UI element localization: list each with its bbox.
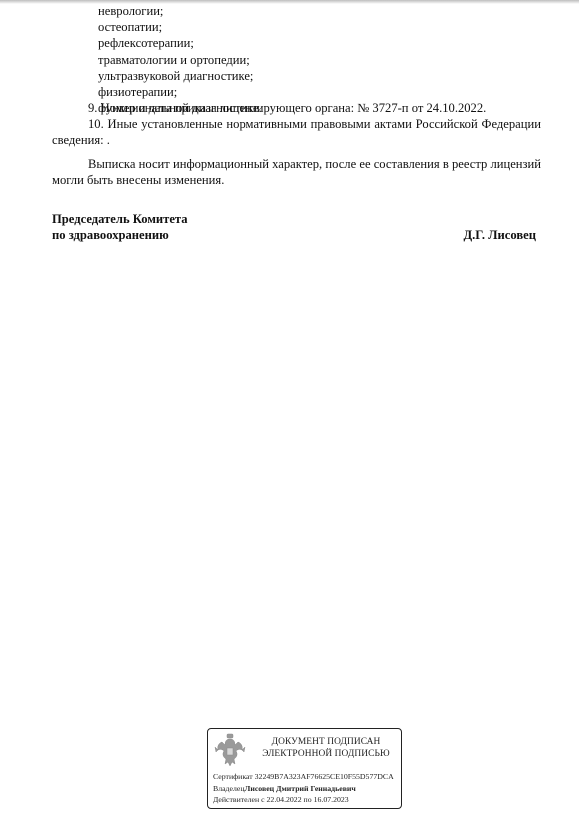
list-item: травматологии и ортопедии; xyxy=(98,52,262,68)
item-9-order-number: 9. Номер и дата приказа лицензирующего о… xyxy=(52,100,541,116)
stamp-details: Сертификат 32249B7A323AF76625CE10F55D577… xyxy=(213,771,413,806)
stamp-heading-line1: ДОКУМЕНТ ПОДПИСАН xyxy=(256,737,396,749)
certificate-line: Сертификат 32249B7A323AF76625CE10F55D577… xyxy=(213,771,413,783)
list-item: рефлексотерапии; xyxy=(98,35,262,51)
certificate-label: Сертификат xyxy=(213,772,253,781)
owner-line: ВладелецЛисовец Дмитрий Геннадьевич xyxy=(213,783,413,795)
stamp-heading: ДОКУМЕНТ ПОДПИСАН ЭЛЕКТРОННОЙ ПОДПИСЬЮ xyxy=(256,737,396,760)
stamp-heading-line2: ЭЛЕКТРОННОЙ ПОДПИСЬЮ xyxy=(256,749,396,761)
owner-value: Лисовец Дмитрий Геннадьевич xyxy=(245,784,356,793)
list-item: неврологии; xyxy=(98,3,262,19)
item-10-other-info: 10. Иные установленные нормативными прав… xyxy=(52,116,541,148)
informational-note: Выписка носит информационный характер, п… xyxy=(52,156,541,188)
electronic-signature-stamp: ДОКУМЕНТ ПОДПИСАН ЭЛЕКТРОННОЙ ПОДПИСЬЮ С… xyxy=(207,728,402,809)
list-item: остеопатии; xyxy=(98,19,262,35)
list-item: ультразвуковой диагностике; xyxy=(98,68,262,84)
validity-line: Действителен с 22.04.2022 по 16.07.2023 xyxy=(213,794,413,806)
signer-position-line1: Председатель Комитета xyxy=(52,211,536,227)
certificate-value: 32249B7A323AF76625CE10F55D577DCA xyxy=(255,772,394,781)
coat-of-arms-icon xyxy=(214,733,246,767)
signer-name: Д.Г. Лисовец xyxy=(463,227,536,243)
signature-block: Председатель Комитета по здравоохранению… xyxy=(52,211,536,243)
signer-position-line2: по здравоохранению xyxy=(52,227,169,243)
document-page: неврологии; остеопатии; рефлексотерапии;… xyxy=(0,0,579,814)
list-item: физиотерапии; xyxy=(98,84,262,100)
owner-label: Владелец xyxy=(213,784,245,793)
